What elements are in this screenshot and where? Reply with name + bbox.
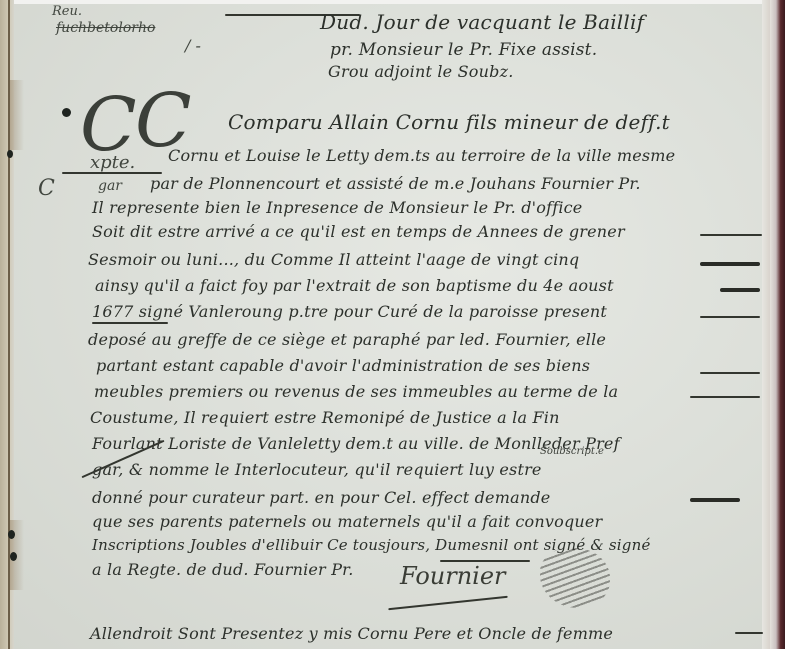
- margin-abbrev-xpte: xpte.: [90, 152, 135, 173]
- header-line-3: Grou adjoint le Soubz.: [328, 62, 514, 81]
- ink-blot: [8, 530, 15, 539]
- line-filler: [735, 632, 763, 634]
- ink-blot: [7, 150, 13, 158]
- manuscript-page: Reu. fuchbetolorho / - Dud. Jour de vacq…: [0, 0, 785, 649]
- interlinear-insertion: Soubscript.e: [540, 446, 604, 457]
- body-line-5: Soit dit estre arrivé a ce qu'il est en …: [92, 222, 625, 241]
- line-filler: [720, 288, 760, 292]
- body-line-2: Cornu et Louise le Letty dem.ts au terro…: [168, 146, 675, 165]
- body-line-18: a la Regte. de dud. Fournier Pr.: [92, 560, 354, 579]
- line-filler: [700, 372, 760, 374]
- body-line-8: 1677 signé Vanleroung p.tre pour Curé de…: [92, 302, 607, 321]
- body-line-4: Il represente bien le Inpresence de Mons…: [92, 198, 582, 217]
- header-line-2: pr. Monsieur le Pr. Fixe assist.: [330, 40, 597, 60]
- body-line-10: partant estant capable d'avoir l'adminis…: [96, 356, 590, 375]
- body-line-19: Allendroit Sont Presentez y mis Cornu Pe…: [90, 624, 613, 643]
- signature-fournier: Fournier: [400, 562, 506, 590]
- year-underline: [92, 322, 168, 324]
- signature-paraph: [540, 548, 610, 608]
- top-border: [0, 0, 785, 4]
- line-filler: [700, 234, 762, 236]
- body-line-7: ainsy qu'il a faict foy par l'extrait de…: [95, 276, 614, 295]
- line-filler: [690, 498, 740, 502]
- flourish-line: [62, 172, 162, 174]
- gutter-stain: [10, 80, 24, 150]
- body-line-14: gar, & nomme le Interlocuteur, qu'il req…: [92, 460, 542, 479]
- line-filler: [690, 396, 760, 398]
- margin-note-struck: fuchbetolorho: [56, 20, 155, 36]
- body-line-16: que ses parents paternels ou maternels q…: [92, 512, 602, 531]
- line-filler: [700, 262, 760, 266]
- ink-dot: [62, 108, 71, 117]
- margin-gar: gar: [98, 178, 122, 194]
- book-binding-edge: [770, 0, 785, 649]
- ink-blot: [10, 552, 17, 561]
- body-line-9: deposé au greffe de ce siège et paraphé …: [88, 330, 606, 349]
- body-line-6: Sesmoir ou luni..., du Comme Il atteint …: [88, 250, 579, 269]
- margin-mark: / -: [185, 36, 201, 55]
- body-line-15: donné pour curateur part. en pour Cel. e…: [92, 488, 550, 507]
- body-line-1: Comparu Allain Cornu fils mineur de deff…: [228, 110, 670, 134]
- body-line-3: par de Plonnencourt et assisté de m.e Jo…: [150, 174, 641, 193]
- header-line-1: Dud. Jour de vacquant le Baillif: [320, 10, 644, 34]
- body-line-12: Coustume, Il requiert estre Remonipé de …: [90, 408, 560, 427]
- body-line-11: meubles premiers ou revenus de ses immeu…: [94, 382, 618, 401]
- decorative-initial-c: C: [80, 88, 137, 162]
- margin-note-reu: Reu.: [52, 4, 82, 19]
- line-filler: [700, 316, 760, 318]
- struck-mark: [388, 596, 508, 611]
- page-edge: [762, 0, 770, 649]
- margin-initial: C: [38, 176, 55, 201]
